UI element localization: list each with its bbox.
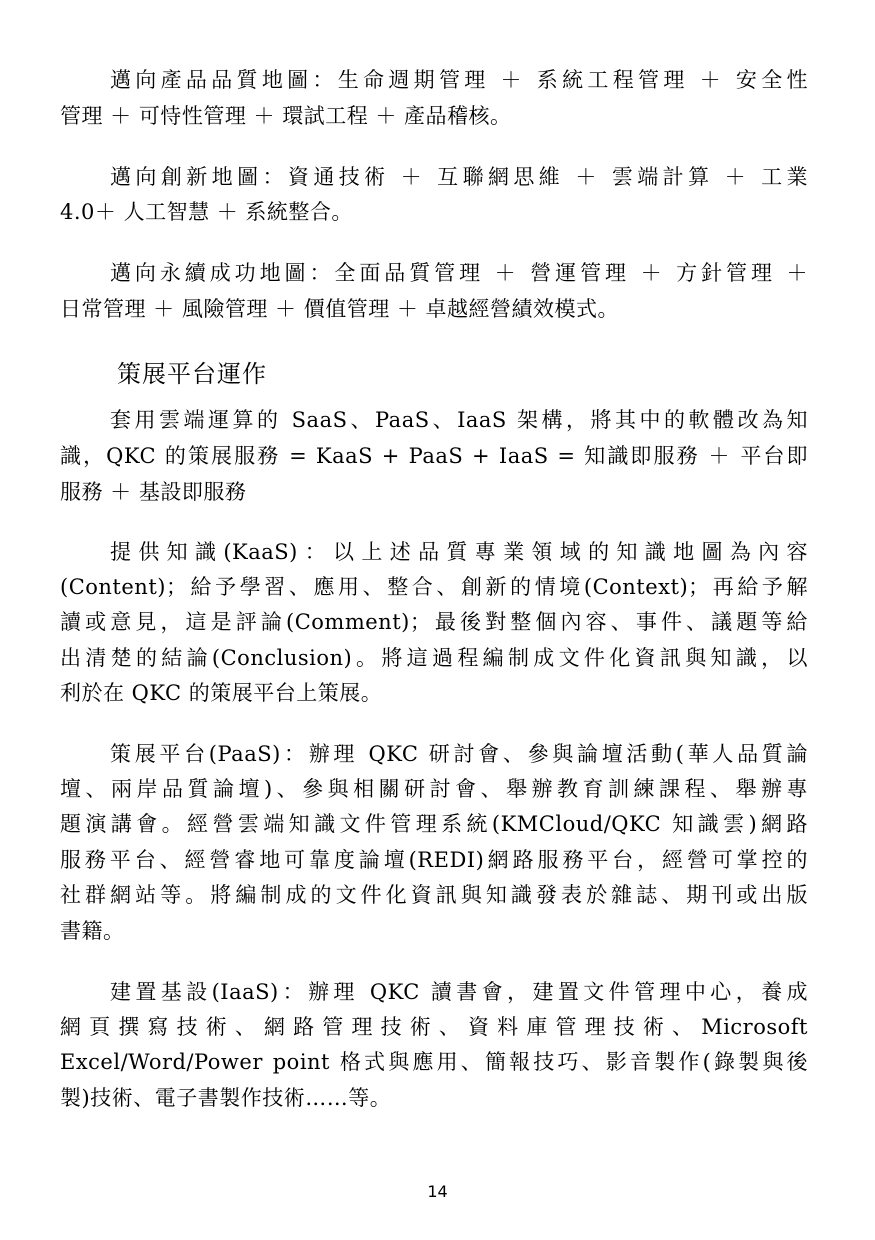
paragraph-kaas: 提供知識(KaaS)：以上述品質專業領域的知識地圖為內容 (110, 537, 808, 567)
paragraph-line: 識，QKC 的策展服務 = KaaS + PaaS + IaaS = 知識即服務… (60, 441, 808, 471)
paragraph-line: 題演講會。經營雲端知識文件管理系統(KMCloud/QKC 知識雲)網路 (60, 809, 808, 839)
paragraph-line: 社群網站等。將編制成的文件化資訊與知識發表於雜誌、期刊或出版 (60, 880, 808, 910)
section-heading: 策展平台運作 (117, 359, 267, 389)
paragraph-line: 書籍。 (60, 916, 808, 946)
paragraph-line: (Content)；給予學習、應用、整合、創新的情境(Context)；再給予解 (60, 572, 808, 602)
paragraph-line: 網頁撰寫技術、網路管理技術、資料庫管理技術、Microsoft (60, 1012, 808, 1042)
paragraph-line: 出清楚的結論(Conclusion)。將這過程編制成文件化資訊與知識，以 (60, 643, 808, 673)
paragraph-line: 管理 ＋ 可恃性管理 ＋ 環試工程 ＋ 產品稽核。 (60, 101, 808, 131)
page-number: 14 (0, 1182, 875, 1201)
paragraph-line: 讀或意見，這是評論(Comment)；最後對整個內容、事件、議題等給 (60, 607, 808, 637)
paragraph-iaas: 建置基設(IaaS)：辦理 QKC 讀書會，建置文件管理中心，養成 (110, 977, 808, 1007)
paragraph-cloud-architecture: 套用雲端運算的 SaaS、PaaS、IaaS 架構，將其中的軟體改為知 (110, 405, 808, 435)
paragraph-innovation-map: 邁向創新地圖：資通技術 ＋ 互聯網思維 ＋ 雲端計算 ＋ 工業 (110, 162, 808, 192)
paragraph-line: 利於在 QKC 的策展平台上策展。 (60, 678, 808, 708)
paragraph-sustainable-success-map: 邁向永續成功地圖：全面品質管理 ＋ 營運管理 ＋ 方針管理 ＋ (110, 258, 808, 288)
paragraph-line: 4.0＋ 人工智慧 ＋ 系統整合。 (60, 197, 808, 227)
paragraph-paas: 策展平台(PaaS)：辦理 QKC 研討會、參與論壇活動(華人品質論 (110, 739, 808, 769)
paragraph-line: 壇、兩岸品質論壇)、參與相關研討會、舉辦教育訓練課程、舉辦專 (60, 774, 808, 804)
paragraph-product-quality-map: 邁向產品品質地圖：生命週期管理 ＋ 系統工程管理 ＋ 安全性 (110, 65, 808, 95)
paragraph-line: 服務平台、經營睿地可靠度論壇(REDI)網路服務平台，經營可掌控的 (60, 845, 808, 875)
paragraph-line: 日常管理 ＋ 風險管理 ＋ 價值管理 ＋ 卓越經營績效模式。 (60, 294, 808, 324)
paragraph-line: 服務 ＋ 基設即服務 (60, 477, 808, 507)
paragraph-line: 製)技術、電子書製作技術……等。 (60, 1083, 808, 1113)
paragraph-line: Excel/Word/Power point 格式與應用、簡報技巧、影音製作(錄… (60, 1047, 808, 1077)
